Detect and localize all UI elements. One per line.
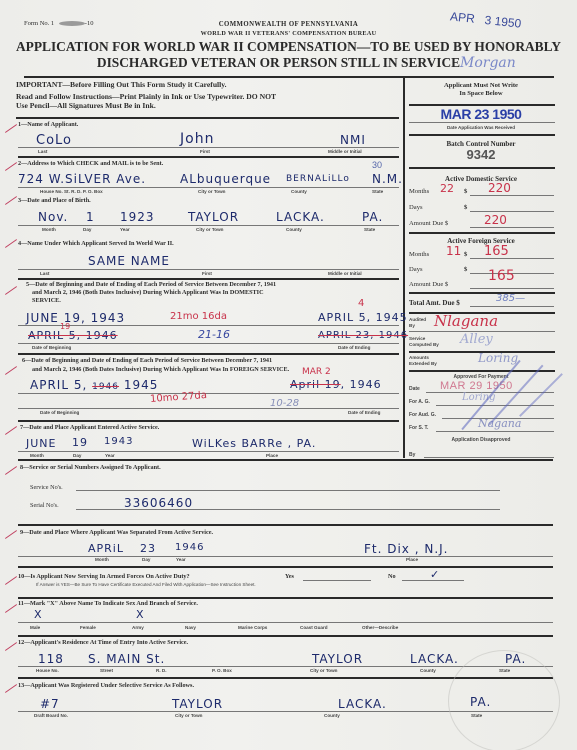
field-line — [18, 325, 399, 326]
q4-served-name: SAME NAME — [88, 254, 170, 268]
extended-label-1: Amounts — [409, 355, 429, 360]
q7-place: WiLKes BARRe , PA. — [192, 437, 316, 450]
instructions-line3: Use Pencil—All Signatures Must Be in Ink… — [16, 101, 156, 110]
verified-checkmark — [5, 239, 17, 248]
q6-end-correction: MAR 2 — [302, 367, 331, 377]
approved-date-label: Date — [409, 386, 420, 392]
q3-month: Nov. — [38, 210, 68, 224]
q3-sub-year: Year — [120, 227, 130, 232]
q7-sub-month: Month — [30, 453, 44, 458]
audited-label-2: By — [409, 323, 415, 328]
disapproved-by-label: By — [409, 452, 415, 458]
form-title-line1: APPLICATION FOR WORLD WAR II COMPENSATIO… — [0, 39, 577, 55]
q3-sub-day: Day — [83, 227, 91, 232]
q7-sub-year: Year — [105, 453, 115, 458]
verified-checkmark — [5, 466, 17, 475]
q11-option-label: Coast Guard — [300, 625, 328, 630]
q1-sub-first: First — [200, 149, 210, 154]
field-line — [18, 225, 399, 226]
q4-sub-middle: Middle or Initial — [328, 271, 362, 276]
q13-county: LACKA. — [338, 697, 387, 711]
q1-sub-last: Last — [38, 149, 47, 154]
verified-checkmark — [5, 366, 17, 375]
divider — [18, 597, 553, 599]
q12-sub-city: City or Town — [310, 668, 337, 673]
q12-county: LACKA. — [410, 652, 459, 666]
divider — [409, 134, 555, 136]
q3-state: PA. — [362, 210, 383, 224]
q6-begin-struck: 1946 — [92, 382, 119, 392]
field-line — [470, 211, 554, 212]
verified-checkmark — [5, 604, 17, 613]
q3-sub-state: State — [364, 227, 375, 232]
q3-sub-county: County — [286, 227, 302, 232]
q13-label: 13—Applicant Was Registered Under Select… — [18, 682, 194, 689]
q2-city: ALbuquerque — [180, 172, 271, 186]
q12-city: TAYLOR — [312, 652, 363, 666]
q2-sub-state: State — [372, 189, 383, 194]
field-line — [470, 258, 554, 259]
st-label: For S. T. — [409, 425, 428, 431]
q12-sub-po: P. O. Box — [212, 668, 232, 673]
clerk-signature: Morgan — [460, 55, 516, 71]
ag-label: For A. G. — [409, 399, 430, 405]
instructions-line2: Read and Follow Instructions—Print Plain… — [16, 92, 276, 101]
foreign-months-label: Months — [409, 251, 429, 258]
q7-year: 1943 — [104, 436, 133, 447]
dollar-sign: $ — [464, 188, 467, 195]
computed-by-signature: Alley — [460, 332, 493, 347]
q11-option-label: Navy — [185, 625, 196, 630]
foreign-amount-due: 165 — [488, 268, 515, 284]
q10-no-checkmark: ✓ — [430, 568, 440, 581]
q11-option-label: Female — [80, 625, 96, 630]
q5-begin-2-correction: 19 — [60, 322, 70, 331]
column-divider — [403, 76, 405, 458]
q2-sub-county: County — [291, 189, 307, 194]
dollar-sign: $ — [464, 204, 467, 211]
divider — [16, 117, 399, 119]
field-line — [409, 122, 555, 123]
computed-label-2: Computed By — [409, 342, 439, 347]
field-line — [18, 147, 399, 148]
q11-option-label: Marine Corps — [238, 625, 267, 630]
q4-label: 4—Name Under Which Applicant Served In W… — [18, 240, 174, 247]
batch-control-number: 9342 — [408, 147, 554, 162]
field-line — [18, 393, 399, 394]
q5-begin-2-struck: APRIL 5, 1946 — [28, 329, 118, 342]
q4-sub-last: Last — [40, 271, 49, 276]
extended-by-signature: Loring — [478, 351, 518, 365]
q12-label: 12—Applicant's Residence At Time of Entr… — [18, 639, 188, 646]
q6-sub-begin: Date of Beginning — [40, 410, 79, 415]
divider — [18, 353, 399, 355]
q9-sub-month: Month — [95, 557, 109, 562]
domestic-months-amount: 220 — [488, 181, 511, 195]
domestic-heading: Active Domestic Service — [408, 175, 554, 183]
q1-middle-initial: NMI — [340, 133, 366, 147]
field-line — [18, 187, 399, 188]
q4-sub-first: First — [202, 271, 212, 276]
disapproved-heading: Application Disapproved — [408, 437, 554, 443]
divider — [409, 370, 555, 372]
divider — [18, 156, 399, 158]
field-line — [18, 451, 399, 452]
q5-duration-note: 21mo 16da — [170, 311, 227, 322]
extended-label-2: Extended By — [409, 361, 437, 366]
q2-sub-city: City or Town — [198, 189, 225, 194]
q1-last-name: CoLo — [36, 133, 72, 148]
q3-city: TAYLOR — [188, 210, 239, 224]
q3-year: 1923 — [120, 210, 155, 224]
q6-end-struck: April 19 — [290, 378, 341, 391]
q8-serial-label: Serial No's. — [30, 502, 59, 509]
q8-serial-line — [76, 509, 500, 510]
q8-service-label: Service No's. — [30, 484, 63, 491]
verified-checkmark — [5, 642, 17, 651]
divider — [18, 278, 399, 280]
q1-sub-middle: Middle or Initial — [328, 149, 362, 154]
q13-sub-board: Draft Board No. — [34, 713, 68, 718]
verified-checkmark — [5, 162, 17, 171]
q6-sub-end: Date of Ending — [348, 410, 380, 415]
q9-month: APRiL — [88, 542, 124, 555]
q12-house: 118 — [38, 652, 64, 666]
q9-sub-place: Place — [406, 557, 418, 562]
q12-sub-house: House No. — [36, 668, 59, 673]
q5-end-correction: 4 — [358, 298, 364, 309]
q6-begin: APRIL 5, 1946 1945 — [30, 378, 158, 392]
q13-city: TAYLOR — [172, 697, 223, 711]
q5-end-2-struck: APRIL 23, 1946 — [318, 330, 408, 341]
verified-checkmark — [5, 576, 17, 585]
q3-county: LACKA. — [276, 210, 325, 224]
q7-sub-place: Place — [266, 453, 278, 458]
audited-by-signature: Nlagana — [434, 312, 498, 330]
q12-sub-county: County — [420, 668, 436, 673]
divider — [18, 635, 553, 637]
office-heading-line1: Applicant Must Not Write — [408, 82, 554, 89]
q5-audit-note: 21-16 — [198, 328, 230, 341]
q10-yes-label: Yes — [285, 573, 294, 580]
q8-label: 8—Service or Serial Numbers Assigned To … — [20, 464, 161, 471]
foreign-months-amount: 165 — [484, 244, 509, 259]
verified-checkmark — [5, 426, 17, 435]
q2-label: 2—Address to Which CHECK and MAIL is to … — [18, 160, 163, 167]
field-line — [436, 405, 554, 406]
foreign-months-value: 11 — [446, 244, 461, 258]
bureau-line: WORLD WAR II VETERANS' COMPENSATION BURE… — [0, 30, 577, 37]
q10-label: 10—Is Applicant Now Serving In Armed For… — [18, 573, 190, 580]
embossed-seal — [448, 650, 560, 750]
q7-label: 7—Date and Place Applicant Entered Activ… — [20, 424, 159, 431]
q2-sub-street: House No. St. R. D. P. O. Box — [40, 189, 103, 194]
q5-label-line2: and March 2, 1946 (Both Dates Inclusive)… — [32, 289, 264, 296]
q13-sub-city: City or Town — [175, 713, 202, 718]
field-line — [470, 227, 554, 228]
q11-option-label: Other—Describe — [362, 625, 398, 630]
domestic-amount-label: Amount Due $ — [409, 220, 448, 227]
q9-label: 9—Date and Place Where Applicant Was Sep… — [20, 529, 213, 536]
field-line — [18, 269, 399, 270]
domestic-months-value: 22 — [440, 182, 454, 195]
verified-checkmark — [5, 530, 17, 539]
q10-no-label: No — [388, 573, 396, 580]
q2-street: 724 W.SiLVER Ave. — [18, 172, 146, 186]
q5-sub-end: Date of Ending — [338, 345, 370, 350]
q2-county: BERNALiLLo — [286, 174, 350, 184]
verified-checkmark — [5, 286, 17, 295]
verified-checkmark — [5, 124, 17, 133]
field-line — [18, 622, 553, 623]
q6-begin-year: 1945 — [124, 378, 159, 392]
q3-sub-city: City or Town — [196, 227, 223, 232]
field-line — [470, 195, 554, 196]
q11-label: 11—Mark "X" Above Name To Indicate Sex A… — [18, 600, 198, 607]
q9-day: 23 — [140, 542, 156, 555]
instructions-important: IMPORTANT—Before Filling Out This Form S… — [16, 80, 227, 89]
st-signature: Nagana — [478, 417, 521, 430]
date-received-stamp: MAR 23 1950 — [408, 106, 554, 122]
computed-label-1: Service — [409, 336, 425, 341]
verified-checkmark — [5, 196, 17, 205]
q9-sub-day: Day — [142, 557, 150, 562]
q12-sub-street: Street — [100, 668, 113, 673]
divider — [18, 566, 553, 568]
q11-mark-army[interactable]: X — [136, 608, 145, 621]
q7-sub-day: Day — [73, 453, 81, 458]
aud-g-label: For Aud. G. — [409, 412, 436, 418]
verified-checkmark — [5, 684, 17, 693]
q9-place: Ft. Dix , N.J. — [364, 542, 449, 556]
q10-note: If Answer is YES—Be Sure To Have Certifi… — [36, 582, 256, 587]
q5-end-1: APRIL 5, 1945 — [318, 311, 408, 324]
foreign-heading: Active Foreign Service — [408, 237, 554, 245]
divider — [18, 524, 553, 526]
q11-option-label: Male — [30, 625, 40, 630]
q9-year: 1946 — [175, 542, 204, 553]
q12-street: S. MAIN St. — [88, 652, 165, 666]
divider — [18, 459, 553, 461]
q9-sub-year: Year — [176, 557, 186, 562]
divider — [24, 76, 554, 78]
divider — [409, 292, 555, 294]
q11-mark-male[interactable]: X — [34, 608, 43, 621]
q11-option-label: Army — [132, 625, 144, 630]
divider — [409, 167, 555, 169]
q7-day: 19 — [72, 436, 88, 449]
divider — [18, 420, 399, 422]
q6-label-line2: and March 2, 1946 (Both Dates Inclusive)… — [32, 366, 289, 373]
application-form: Form No. 1 -10 COMMONWEALTH OF PENNSYLVA… — [0, 0, 577, 750]
domestic-months-label: Months — [409, 188, 429, 195]
domestic-amount-due: 220 — [484, 213, 507, 227]
domestic-days-label: Days — [409, 204, 423, 211]
q2-state: N.M. — [372, 172, 403, 186]
field-line — [470, 288, 554, 289]
q6-end: April 19, 1946 — [290, 378, 382, 391]
q7-month: JUNE — [26, 437, 56, 450]
q6-label-line1: 6—Date of Beginning and Date of Ending o… — [22, 357, 272, 364]
field-line — [470, 306, 554, 307]
date-received-label: Date Application Was Received — [408, 125, 554, 130]
q5-sub-begin: Date of Beginning — [32, 345, 71, 350]
q8-service-line — [76, 490, 500, 491]
q3-day: 1 — [86, 210, 95, 224]
field-line — [18, 343, 399, 344]
audited-label-1: Audited — [409, 317, 426, 322]
q13-sub-county: County — [324, 713, 340, 718]
q3-label: 3—Date and Place of Birth. — [18, 197, 91, 204]
q8-serial-number: 33606460 — [124, 496, 193, 510]
q5-begin-1: JUNE 19, 1943 — [26, 311, 125, 325]
dollar-sign: $ — [464, 251, 467, 258]
divider — [409, 232, 555, 234]
foreign-days-label: Days — [409, 266, 423, 273]
total-amount-label: Total Amt. Due $ — [409, 299, 460, 307]
field-line — [436, 431, 554, 432]
field-line — [18, 408, 399, 409]
q2-note: 30 — [372, 160, 382, 170]
q5-label-line3: SERVICE. — [32, 297, 61, 304]
field-line — [424, 457, 554, 458]
q5-label-line1: 5—Date of Beginning and Date of Ending o… — [26, 281, 276, 288]
q10-yes-field[interactable] — [303, 580, 371, 581]
q13-draft-board: #7 — [40, 697, 60, 711]
dollar-sign: $ — [464, 266, 467, 273]
q12-sub-rd: R. D. — [156, 668, 166, 673]
q1-first-name: John — [180, 131, 214, 147]
q6-end-year: , 1946 — [341, 378, 382, 391]
total-amount-due: 385— — [496, 293, 525, 304]
q3-sub-month: Month — [42, 227, 56, 232]
foreign-amount-label: Amount Due $ — [409, 281, 448, 288]
q1-label: 1—Name of Applicant. — [18, 121, 78, 128]
office-heading-line2: In Space Below — [408, 90, 554, 97]
